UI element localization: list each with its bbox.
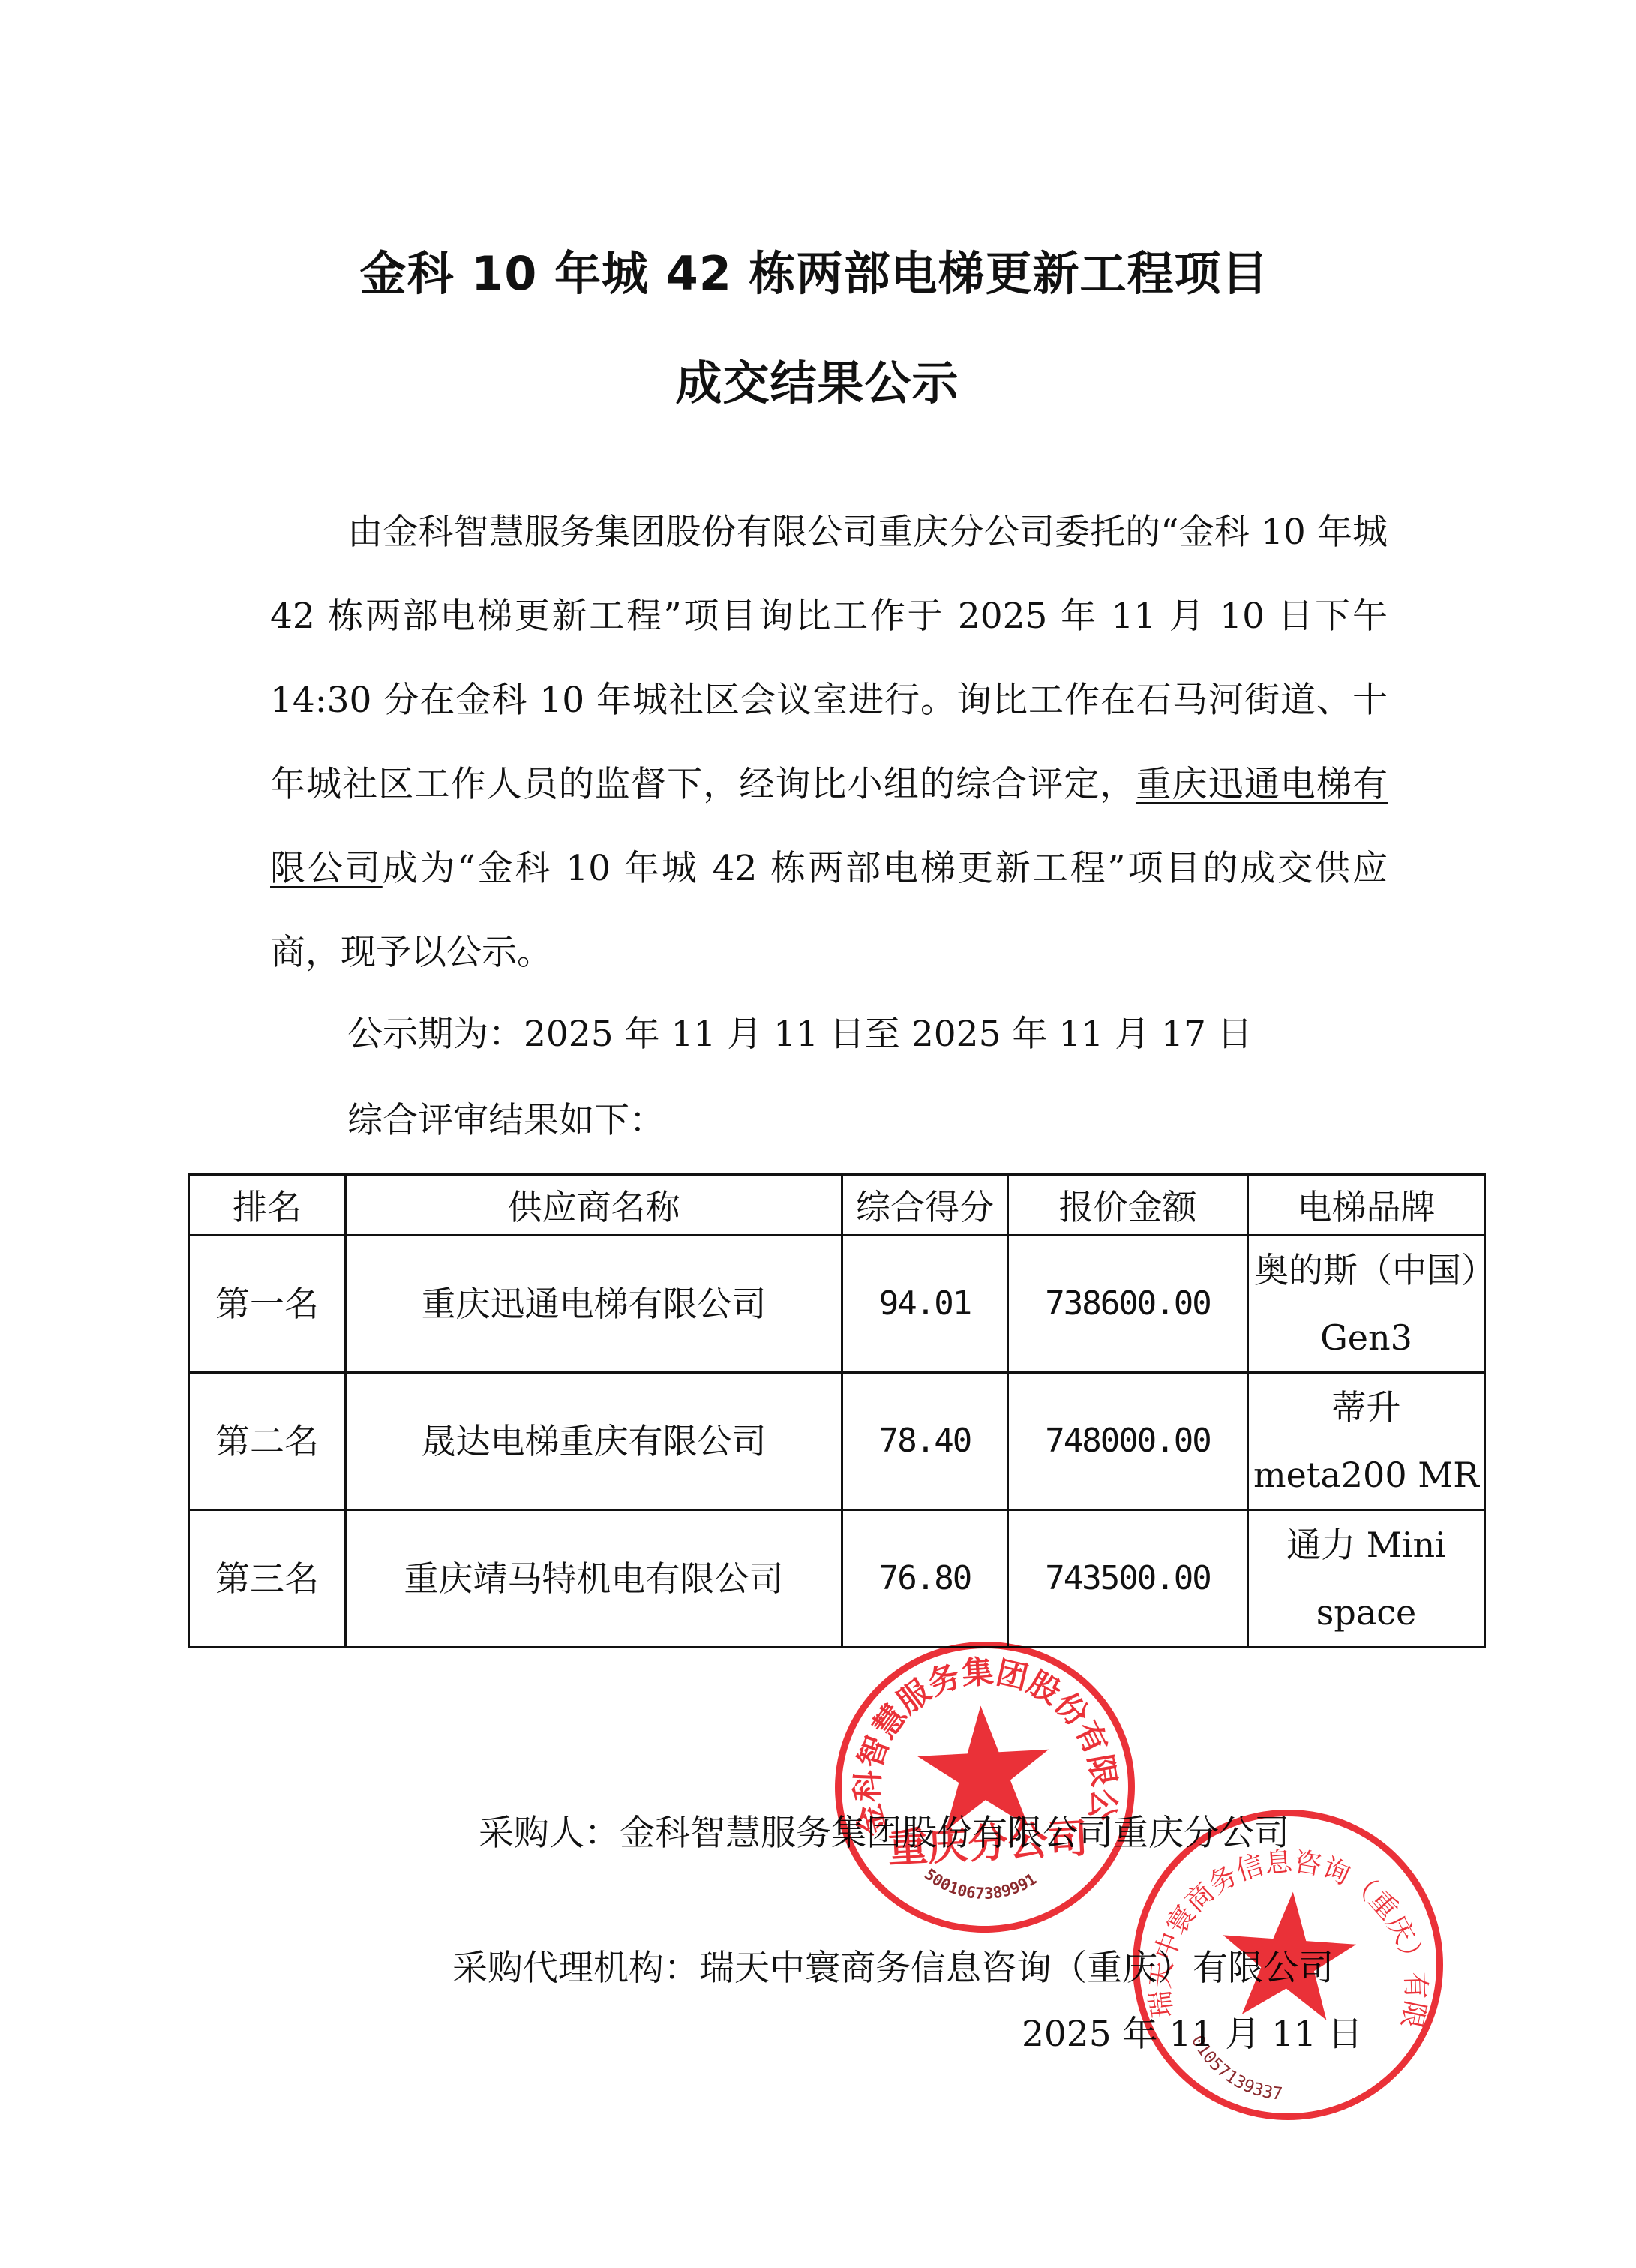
star-icon — [1217, 1887, 1359, 2021]
cell-score: 78.40 — [842, 1373, 1008, 1510]
header-supplier: 供应商名称 — [346, 1175, 842, 1236]
cell-score: 94.01 — [842, 1236, 1008, 1373]
cell-price: 738600.00 — [1008, 1236, 1248, 1373]
svg-text:01057139337: 01057139337 — [1184, 2031, 1287, 2104]
company-seal-purchaser: 金科智慧服务集团股份有限公司 重庆分公司 5001067389991 — [827, 1634, 1142, 1940]
results-intro: 综合评审结果如下： — [347, 1103, 665, 1138]
cell-price: 748000.00 — [1008, 1373, 1248, 1510]
seal-center-text: 重庆分公司 — [887, 1814, 1089, 1872]
cell-score: 76.80 — [842, 1510, 1008, 1648]
cell-rank: 第二名 — [189, 1373, 346, 1510]
paragraph-text-1: 由金科智慧服务集团股份有限公司重庆分公司委托的“金科 10 年城 42 栋两部电… — [270, 512, 1388, 805]
cell-price: 743500.00 — [1008, 1510, 1248, 1648]
header-brand: 电梯品牌 — [1248, 1175, 1485, 1236]
star-icon — [915, 1702, 1053, 1832]
table-row: 第一名 重庆迅通电梯有限公司 94.01 738600.00 奥的斯（中国）Ge… — [189, 1236, 1485, 1373]
notice-period: 公示期为：2025 年 11 月 11 日至 2025 年 11 月 17 日 — [347, 1017, 1253, 1052]
paragraph-text-2: 成为“金科 10 年城 42 栋两部电梯更新工程”项目的成交供应商，现予以公示。 — [270, 848, 1388, 973]
cell-supplier: 重庆靖马特机电有限公司 — [346, 1510, 842, 1648]
seal-code: 01057139337 — [1184, 2031, 1287, 2104]
document-title: 金科 10 年城 42 栋两部电梯更新工程项目 — [0, 251, 1632, 297]
seal-graphic: 金科智慧服务集团股份有限公司 重庆分公司 5001067389991 — [835, 1641, 1136, 1933]
announcement-paragraph: 由金科智慧服务集团股份有限公司重庆分公司委托的“金科 10 年城 42 栋两部电… — [270, 491, 1388, 995]
header-rank: 排名 — [189, 1175, 346, 1236]
table-row: 第二名 晟达电梯重庆有限公司 78.40 748000.00 蒂升 meta20… — [189, 1373, 1485, 1510]
cell-supplier: 重庆迅通电梯有限公司 — [346, 1236, 842, 1373]
cell-brand: 奥的斯（中国）Gen3 — [1248, 1236, 1485, 1373]
header-price: 报价金额 — [1008, 1175, 1248, 1236]
seal-graphic: 瑞天中寰商务信息咨询（重庆）有限公司 01057139337 — [1130, 1807, 1447, 2124]
header-score: 综合得分 — [842, 1175, 1008, 1236]
table-row: 第三名 重庆靖马特机电有限公司 76.80 743500.00 通力 Mini … — [189, 1510, 1485, 1648]
cell-rank: 第三名 — [189, 1510, 346, 1648]
cell-brand: 蒂升 meta200 MR — [1248, 1373, 1485, 1510]
cell-supplier: 晟达电梯重庆有限公司 — [346, 1373, 842, 1510]
results-table: 排名 供应商名称 综合得分 报价金额 电梯品牌 第一名 重庆迅通电梯有限公司 9… — [188, 1173, 1486, 1648]
table-header-row: 排名 供应商名称 综合得分 报价金额 电梯品牌 — [189, 1175, 1485, 1236]
svg-text:瑞天中寰商务信息咨询（重庆）有限公司: 瑞天中寰商务信息咨询（重庆）有限公司 — [1121, 1780, 1446, 2039]
document-subtitle: 成交结果公示 — [0, 360, 1635, 407]
cell-brand: 通力 Mini space — [1248, 1510, 1485, 1648]
seal-ring-text: 瑞天中寰商务信息咨询（重庆）有限公司 — [1121, 1780, 1446, 2039]
company-seal-agency: 瑞天中寰商务信息咨询（重庆）有限公司 01057139337 — [1122, 1799, 1454, 2131]
cell-rank: 第一名 — [189, 1236, 346, 1373]
